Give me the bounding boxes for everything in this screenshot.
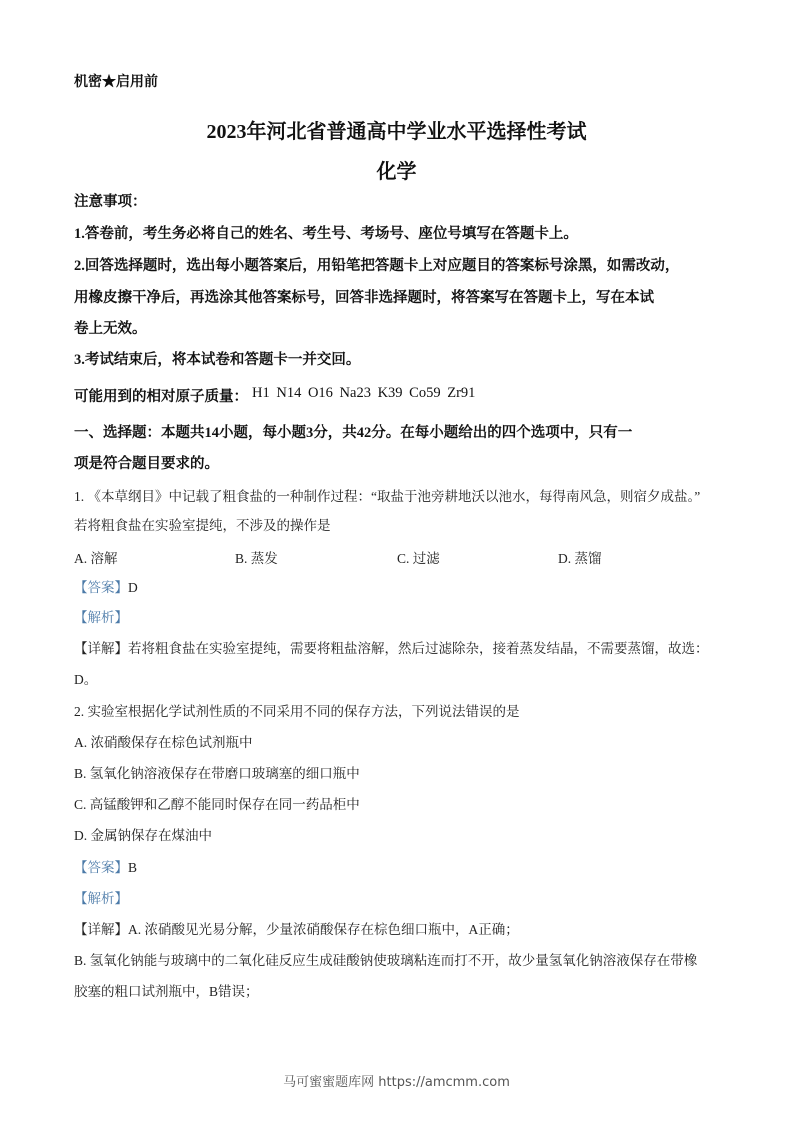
q1-answer: 【答案】D (74, 579, 138, 597)
notice-item-1: 1.答卷前，考生务必将自己的姓名、考生号、考场号、座位号填写在答题卡上。 (74, 225, 578, 243)
subject-title: 化学 (0, 155, 793, 184)
q2-analysis-tag: 【解析】 (74, 890, 128, 908)
atomic-mass-label: 可能用到的相对原子质量： (74, 389, 248, 405)
confidential-label: 机密★启用前 (74, 74, 158, 92)
notice-item-3: 3.考试结束后，将本试卷和答题卡一并交回。 (74, 351, 360, 369)
detail-tag: 【详解】 (74, 641, 128, 656)
q1-analysis-tag: 【解析】 (74, 609, 128, 627)
q2-stem: 2. 实验室根据化学试剂性质的不同采用不同的保存方法，下列说法错误的是 (74, 703, 520, 721)
q2-option-c: C. 高锰酸钾和乙醇不能同时保存在同一药品柜中 (74, 796, 360, 814)
answer-value: D (128, 580, 138, 595)
q2-detail-b-cont: 胶塞的粗口试剂瓶中，B错误； (74, 983, 259, 1001)
q2-option-d: D. 金属钠保存在煤油中 (74, 827, 212, 845)
notice-item-2-cont: 用橡皮擦干净后，再选涂其他答案标号，回答非选择题时，将答案写在答题卡上，写在本试 (74, 289, 654, 307)
q1-detail-cont: D。 (74, 671, 97, 689)
q1-stem-cont: 若将粗食盐在实验室提纯，不涉及的操作是 (74, 517, 331, 535)
section1-heading: 一、选择题：本题共14小题，每小题3分，共42分。在每小题给出的四个选项中，只有… (74, 424, 632, 442)
notice-item-2: 2.回答选择题时，选出每小题答案后，用铅笔把答题卡上对应题目的答案标号涂黑，如需… (74, 257, 679, 275)
detail-tag: 【详解】 (74, 922, 128, 937)
q2-option-a: A. 浓硝酸保存在棕色试剂瓶中 (74, 734, 253, 752)
atomic-mass-row: 可能用到的相对原子质量：H1 N14 O16 Na23 K39 Co59 Zr9… (74, 388, 475, 406)
q1-detail: 【详解】若将粗食盐在实验室提纯，需要将粗盐溶解，然后过滤除杂，接着蒸发结晶，不需… (74, 640, 709, 658)
answer-tag: 【答案】 (74, 860, 128, 875)
q2-detail-b: B. 氢氧化钠能与玻璃中的二氧化硅反应生成硅酸钠使玻璃粘连而打不开，故少量氢氧化… (74, 952, 697, 970)
section1-heading-cont: 项是符合题目要求的。 (74, 455, 219, 473)
q1-option-a: A. 溶解 (74, 547, 118, 567)
q1-option-c: C. 过滤 (397, 547, 440, 567)
answer-tag: 【答案】 (74, 580, 128, 595)
q1-option-b: B. 蒸发 (235, 547, 278, 567)
q1-option-d: D. 蒸馏 (558, 547, 602, 567)
q1-stem: 1. 《本草纲目》中记载了粗食盐的一种制作过程：“取盐于池旁耕地沃以池水，每得南… (74, 488, 700, 506)
atomic-mass-values: H1 N14 O16 Na23 K39 Co59 Zr91 (252, 385, 475, 401)
exam-title: 2023年河北省普通高中学业水平选择性考试 (0, 115, 793, 144)
notice-heading: 注意事项： (74, 193, 147, 211)
answer-value: B (128, 860, 137, 875)
q2-answer: 【答案】B (74, 859, 137, 877)
q2-detail: 【详解】A. 浓硝酸见光易分解，少量浓硝酸保存在棕色细口瓶中，A正确； (74, 921, 519, 939)
q2-option-b: B. 氢氧化钠溶液保存在带磨口玻璃塞的细口瓶中 (74, 765, 360, 783)
notice-item-2-cont2: 卷上无效。 (74, 320, 147, 338)
footer-watermark: 马可蜜蜜题库网 https://amcmm.com (0, 1071, 793, 1090)
exam-page: 机密★启用前 2023年河北省普通高中学业水平选择性考试 化学 注意事项： 1.… (0, 0, 793, 1122)
